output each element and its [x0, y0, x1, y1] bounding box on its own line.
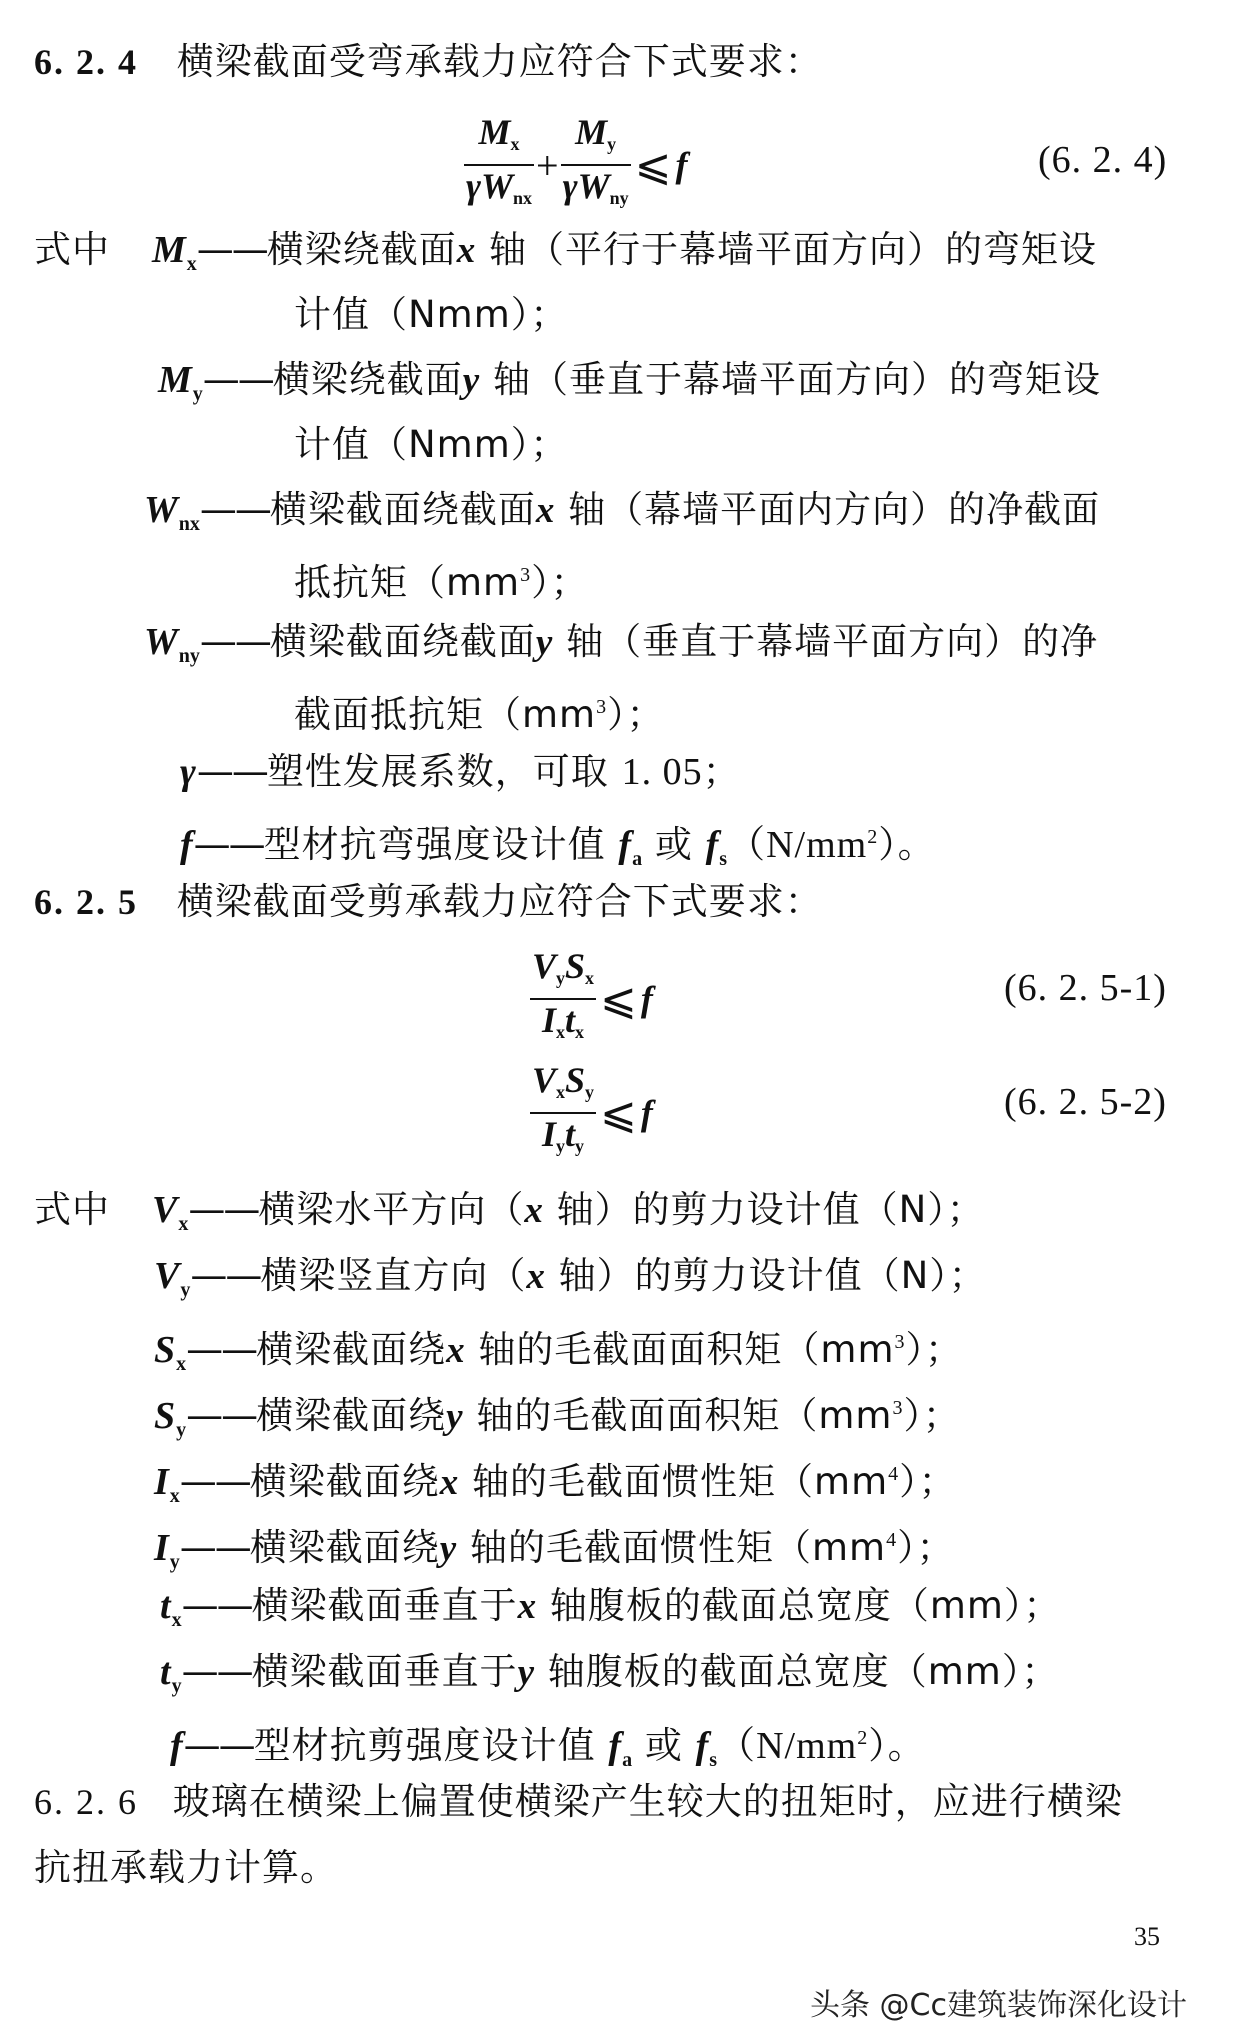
definition-my: My——横梁绕截面y 轴（垂直于幕墙平面方向）的弯矩设 — [158, 358, 1101, 416]
clause-number: 6. 2. 6 — [34, 1782, 138, 1822]
definition-ix: Ix——横梁截面绕x 轴的毛截面惯性矩（mm4）； — [154, 1452, 957, 1518]
symbol: γ — [180, 751, 197, 793]
definition-sy: Sy——横梁截面绕y 轴的毛截面面积矩（mm3）； — [154, 1386, 961, 1452]
clause-text-line1: 玻璃在横梁上偏置使横梁产生较大的扭矩时，应进行横梁 — [173, 1780, 1123, 1823]
definition-f-shear: f——型材抗剪强度设计值 fa 或 fs（N/mm2）。 — [170, 1716, 926, 1782]
clause-number: 6. 2. 4 — [34, 42, 138, 82]
leq-sign: ⩽ — [635, 140, 672, 191]
clause-6-2-6: 6. 2. 6 玻璃在横梁上偏置使横梁产生较大的扭矩时，应进行横梁 — [34, 1780, 1123, 1824]
where-label: 式中 — [34, 1188, 110, 1231]
definition-sx: Sx——横梁截面绕x 轴的毛截面面积矩（mm3）； — [154, 1320, 963, 1386]
rhs-f: f — [641, 978, 653, 1020]
symbol: Wnx — [144, 489, 200, 531]
clause-title: 横梁截面受弯承载力应符合下式要求： — [177, 40, 823, 83]
definition-ty: ty——横梁截面垂直于y 轴腹板的截面总宽度（mm）； — [160, 1650, 1059, 1708]
rhs-f: f — [675, 144, 687, 186]
definition-tx: tx——横梁截面垂直于x 轴腹板的截面总宽度（mm）； — [160, 1584, 1061, 1642]
formula-6-2-5-2: VxSy Iyty ⩽ f — [530, 1060, 653, 1166]
rhs-f: f — [641, 1092, 653, 1134]
definition-gamma: γ——塑性发展系数，可取 1. 05； — [180, 750, 741, 794]
symbol: My — [158, 359, 203, 401]
fraction-mx: Mx γWnx — [464, 112, 534, 218]
definition-mx-cont: 计值（Nmm）； — [294, 293, 568, 337]
symbol: Mx — [152, 229, 197, 271]
definition-iy: Iy——横梁截面绕y 轴的毛截面惯性矩（mm4）； — [154, 1518, 955, 1584]
definition-vy: Vy——横梁竖直方向（x 轴）的剪力设计值（N）； — [154, 1254, 987, 1312]
formula-6-2-4: Mx γWnx + My γWny ⩽ f — [464, 112, 687, 218]
clause-text-line2: 抗扭承载力计算。 — [34, 1846, 338, 1889]
definition-my-cont: 计值（Nmm）； — [294, 423, 568, 467]
where-label: 式中 — [34, 228, 110, 271]
watermark: 头条 @Cc建筑装饰深化设计 — [810, 1980, 1187, 2024]
clause-6-2-4-heading: 6. 2. 4 横梁截面受弯承载力应符合下式要求： — [34, 40, 823, 84]
clause-title: 横梁截面受剪承载力应符合下式要求： — [177, 880, 823, 923]
definition-wny-cont: 截面抵抗矩（mm3）； — [294, 685, 665, 737]
definition-wnx: Wnx——横梁截面绕截面x 轴（幕墙平面内方向）的净截面 — [144, 488, 1100, 546]
clause-6-2-5-heading: 6. 2. 5 横梁截面受剪承载力应符合下式要求： — [34, 880, 823, 924]
leq-sign: ⩽ — [600, 1088, 637, 1139]
equation-number: (6. 2. 5-1) — [1004, 966, 1167, 1010]
equation-number: (6. 2. 5-2) — [1004, 1080, 1167, 1124]
clause-6-2-6-cont: 抗扭承载力计算。 — [34, 1846, 338, 1890]
equation-number: (6. 2. 4) — [1038, 138, 1167, 182]
definition-wnx-cont: 抵抗矩（mm3）； — [294, 553, 589, 605]
page-number: 35 — [1134, 1922, 1160, 1952]
fraction-my: My γWny — [561, 112, 631, 218]
formula-6-2-5-1: VySx Ixtx ⩽ f — [530, 946, 653, 1052]
symbol: f — [180, 824, 194, 866]
symbol: Wny — [144, 621, 200, 663]
definition-mx: 式中Mx——横梁绕截面x 轴（平行于幕墙平面方向）的弯矩设 — [34, 228, 1097, 286]
definition-vx: 式中Vx——横梁水平方向（x 轴）的剪力设计值（N）； — [34, 1188, 985, 1246]
definition-f-bending: f——型材抗弯强度设计值 fa 或 fs（N/mm2）。 — [180, 815, 936, 881]
plus-sign: + — [536, 142, 559, 189]
clause-number: 6. 2. 5 — [34, 882, 138, 922]
leq-sign: ⩽ — [600, 974, 637, 1025]
definition-wny: Wny——横梁截面绕截面y 轴（垂直于幕墙平面方向）的净 — [144, 620, 1098, 678]
